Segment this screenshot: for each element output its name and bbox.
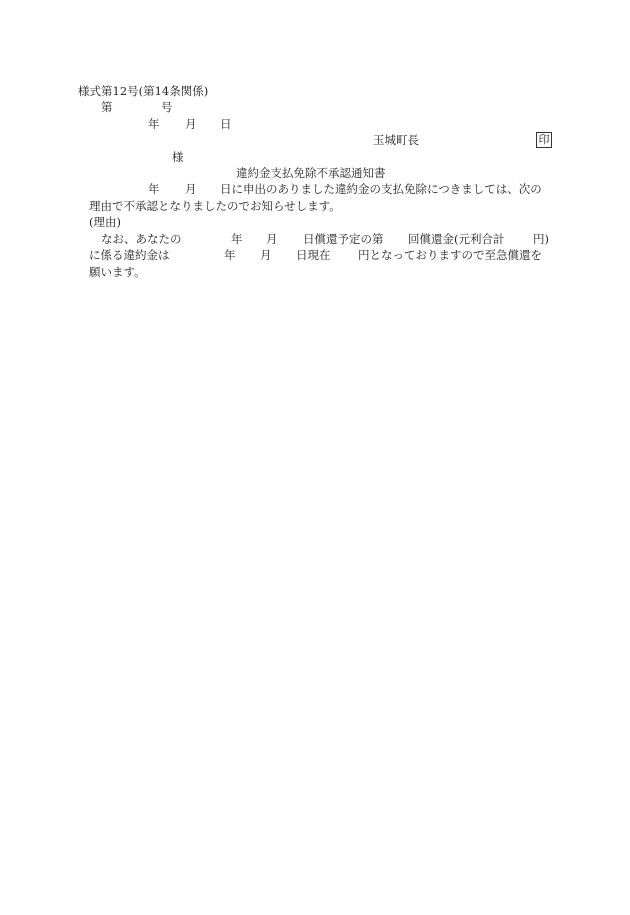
para2-line3: 願います。 [89,265,146,279]
document-title: 違約金支払免除不承認通知書 [236,166,386,180]
date-day: 日 [220,117,232,131]
seal-icon: 印 [536,132,552,148]
para2-line2-text1: 日現在 [296,248,331,262]
ref-suffix: 号 [161,100,173,114]
para2-line2-lead: に係る違約金は [89,248,170,262]
para2-line2-text2: 円となっておりますので至急償還を [358,248,542,262]
date-month: 月 [185,117,197,131]
ref-prefix: 第 [101,100,113,114]
body-line1-year: 年 [148,182,160,196]
para2-line1-month: 月 [266,232,278,246]
body-line1-text: 日に申出のありました違約金の支払免除につきましては、次の [220,182,542,196]
para2-line1-yen: 円) [533,232,549,246]
para2-line1-text2: 回償還金(元利合計 [408,232,505,246]
para2-line1-lead: なお、あなたの [101,232,182,246]
para2-line1-text1: 日償還予定の第 [303,232,384,246]
reason-label: (理由) [89,215,121,229]
para2-line1-year: 年 [231,232,243,246]
issuer: 玉城町長 [373,133,419,147]
body-line1-month: 月 [185,182,197,196]
body-line2: 理由で不承認となりましたのでお知らせします。 [89,199,341,213]
para2-line2-year: 年 [224,248,236,262]
addressee-suffix: 様 [172,150,184,164]
date-year: 年 [148,117,160,131]
form-number: 様式第12号(第14条関係) [78,84,208,98]
para2-line2-month: 月 [260,248,272,262]
